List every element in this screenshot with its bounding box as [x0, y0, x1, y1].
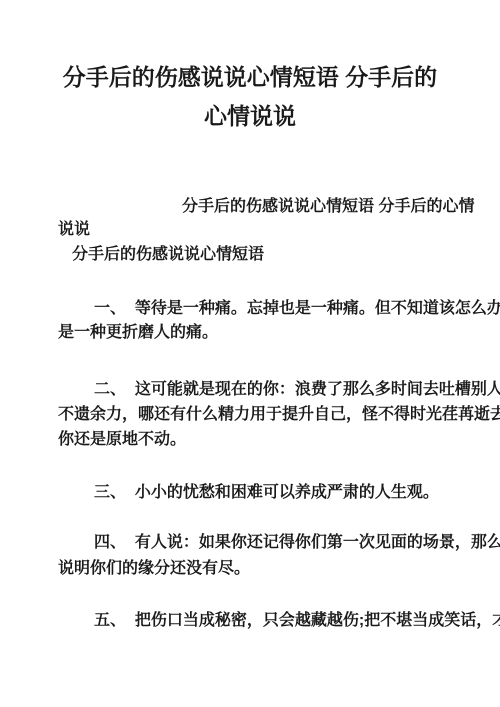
- quote-item-2-line-3: 你还是原地不动。: [58, 430, 186, 450]
- document-page: 分手后的伤感说说心情短语 分手后的 心情说说 分手后的伤感说说心情短语 分手后的…: [0, 0, 500, 707]
- quote-item-4-line-1: 四、 有人说：如果你还记得你们第一次见面的场景，那么: [94, 533, 500, 553]
- quote-item-3-line-1: 三、 小小的忧愁和困难可以养成严肃的人生观。: [94, 483, 439, 503]
- quote-item-2-line-1: 二、 这可能就是现在的你：浪费了那么多时间去吐槽别人: [94, 380, 500, 400]
- quote-item-2-line-2: 不遗余力，哪还有什么精力用于提升自己，怪不得时光荏苒逝去，: [58, 405, 500, 425]
- quote-item-1-line-1: 一、 等待是一种痛。忘掉也是一种痛。但不知道该怎么办，: [94, 299, 500, 319]
- quote-item-1-line-2: 是一种更折磨人的痛。: [58, 323, 218, 343]
- document-title-line-2: 心情说说: [0, 101, 500, 131]
- document-title-line-1: 分手后的伤感说说心情短语 分手后的: [0, 62, 500, 92]
- intro-wrap-line-2: 说说: [58, 220, 90, 240]
- quote-item-5-line-1: 五、 把伤口当成秘密，只会越藏越伤;把不堪当成笑话，才: [94, 611, 500, 631]
- intro-wrap-line-1: 分手后的伤感说说心情短语 分手后的心情: [182, 197, 474, 217]
- intro-subtitle: 分手后的伤感说说心情短语: [72, 245, 264, 265]
- quote-item-4-line-2: 说明你们的缘分还没有尽。: [58, 559, 250, 579]
